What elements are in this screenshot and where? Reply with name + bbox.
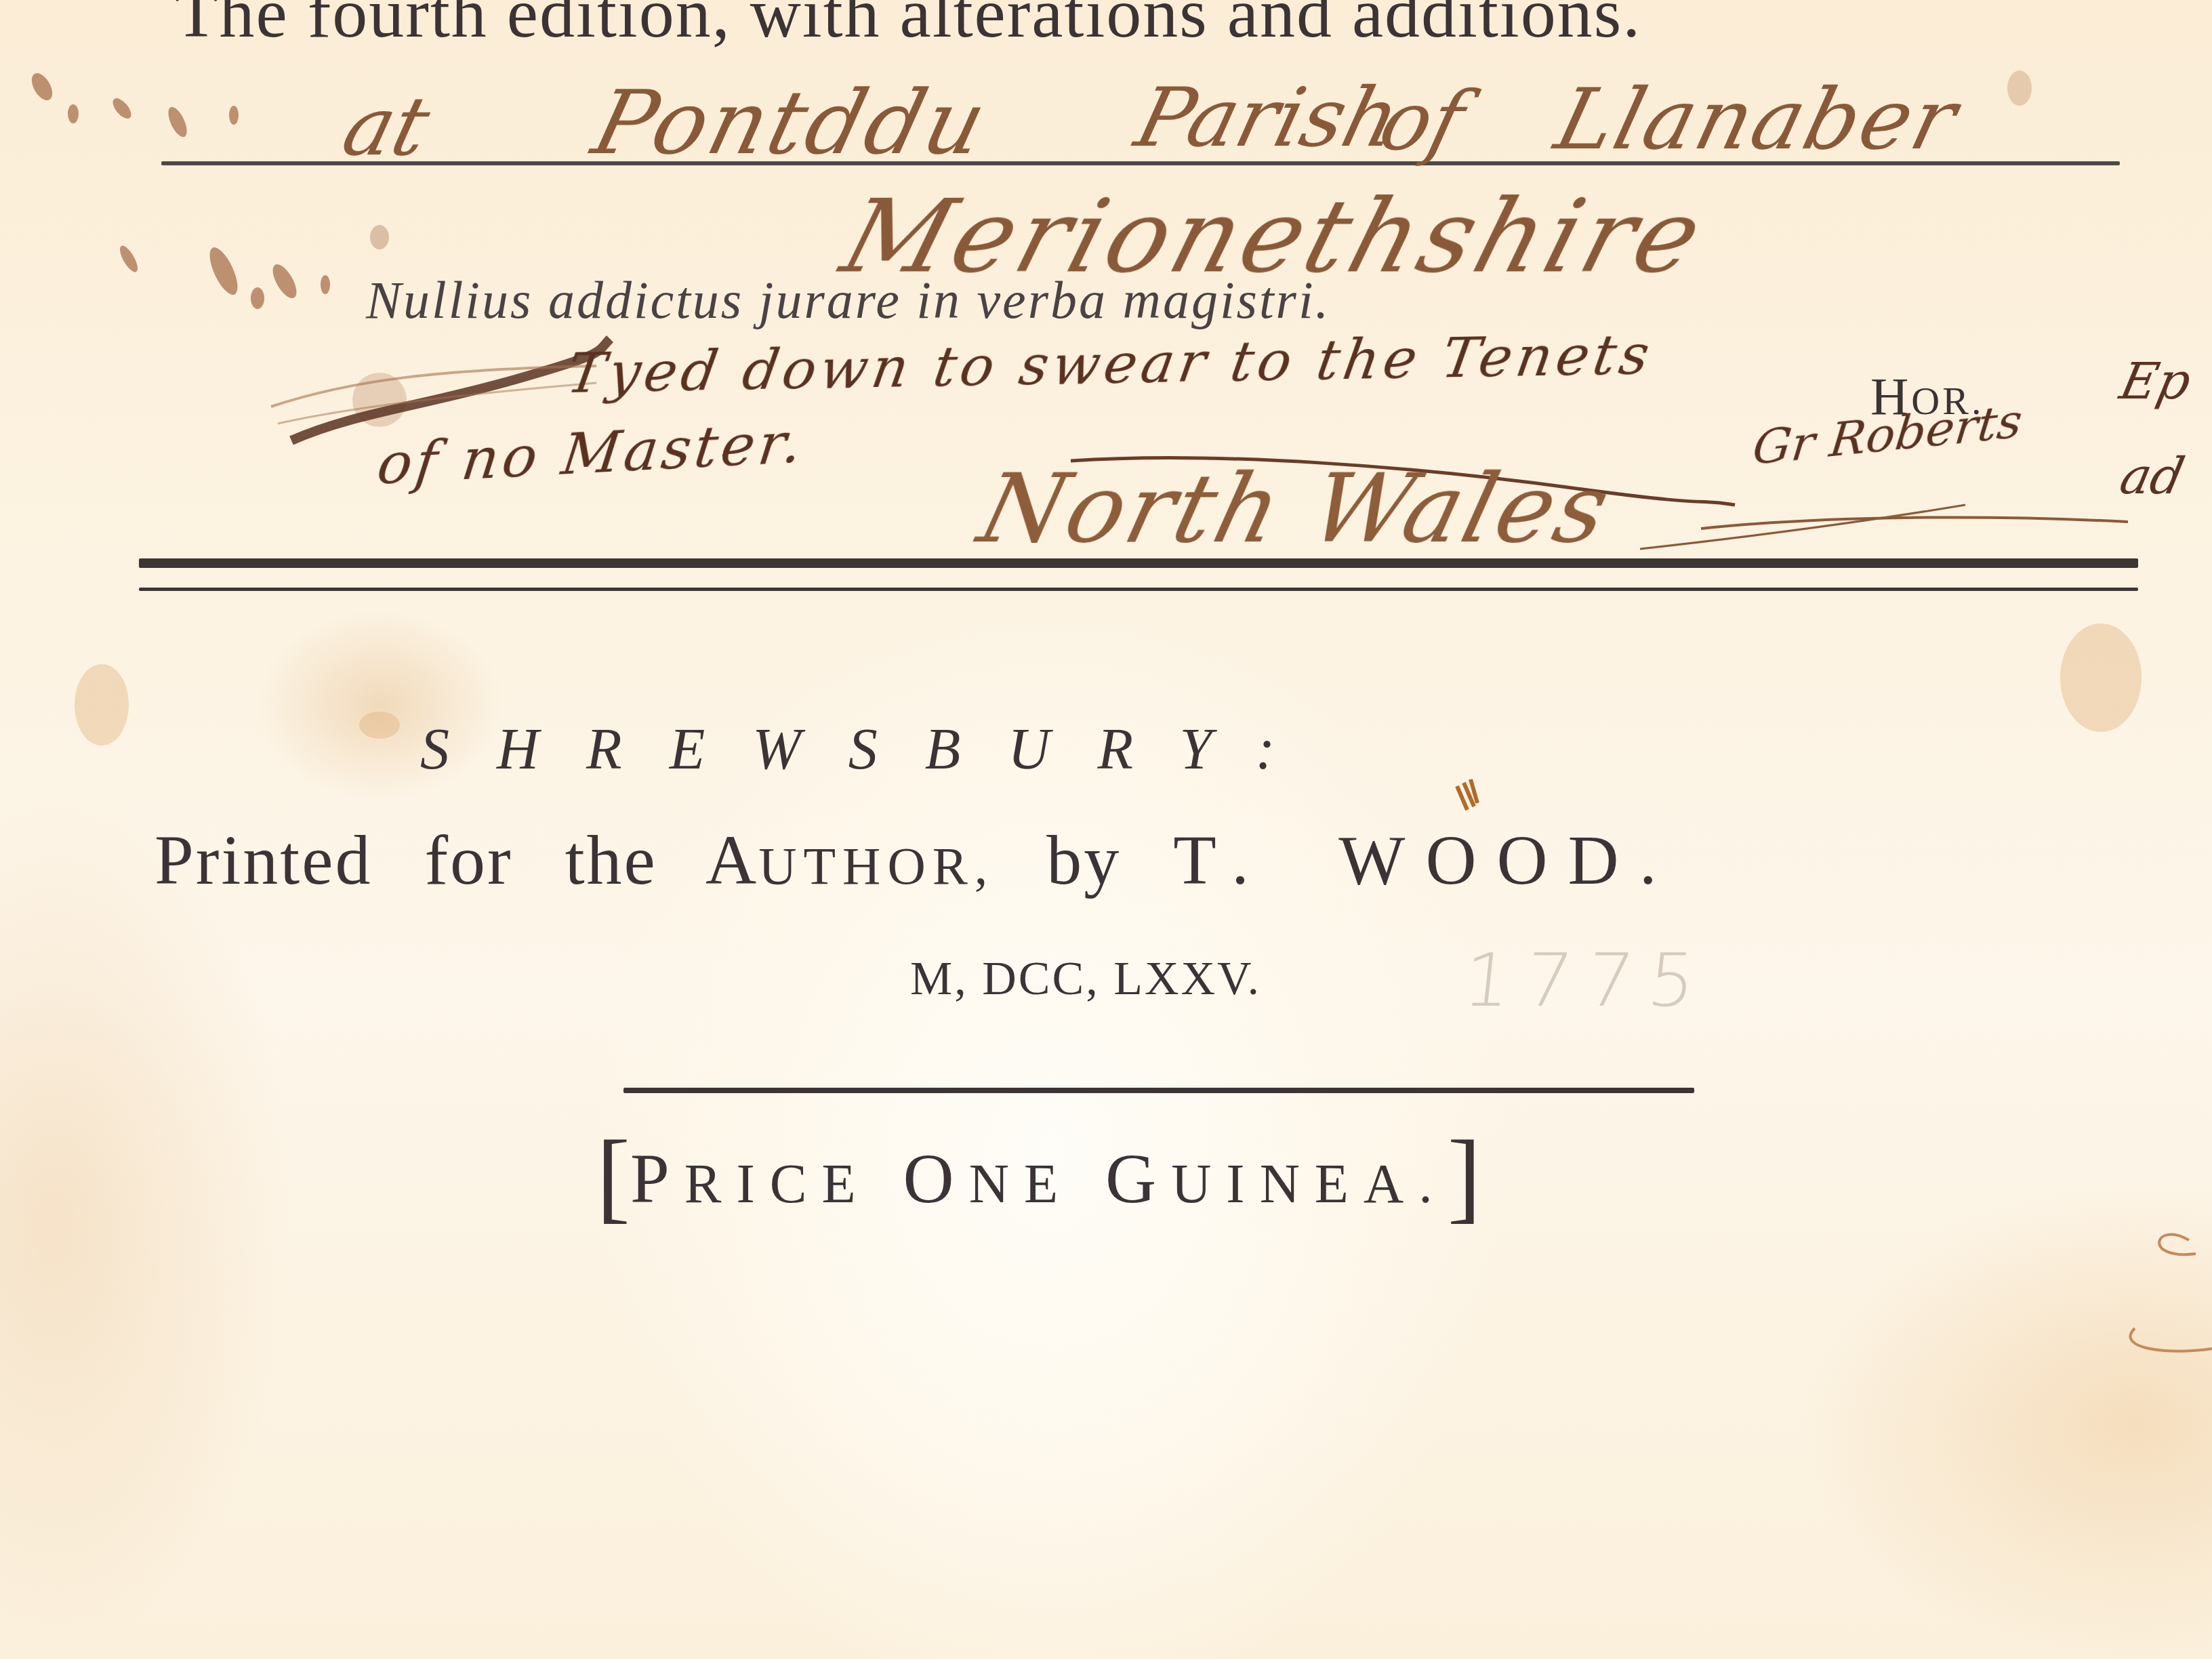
- double-rule-thin: [139, 588, 2138, 591]
- price-open-bracket: [: [596, 1120, 630, 1233]
- guinea-initial: G: [1105, 1140, 1171, 1218]
- handwritten-translation-line2: of no Master.: [373, 409, 808, 498]
- handwritten-county: Merionethshire: [830, 178, 1719, 295]
- price-initial: P: [630, 1140, 684, 1218]
- handwritten-at: at: [334, 80, 438, 174]
- handwritten-translation-line1: Tyed down to swear to the Tenets: [562, 323, 1658, 406]
- pencil-year: 1775: [1459, 939, 1714, 1023]
- imprint-by: by: [1046, 821, 1121, 899]
- guinea-word: UINEA.: [1171, 1153, 1448, 1214]
- imprint-author: AUTHOR,: [705, 821, 994, 899]
- imprint-line: Printed for the AUTHOR, by T. WOOD.: [155, 820, 1677, 901]
- imprint-place: SHREWSBURY:: [420, 715, 1322, 783]
- price-line: [PRICE ONE GUINEA.]: [596, 1118, 1481, 1235]
- handwritten-pontddu: Pontddu: [583, 71, 999, 174]
- handwritten-parish: Parish: [1127, 71, 1409, 165]
- margin-note-1: Ep: [2115, 352, 2196, 411]
- imprint-year: M, DCC, LXXV.: [910, 952, 1261, 1006]
- handwritten-region: North Wales: [969, 454, 1622, 565]
- handwritten-llanaber: Llanaber: [1547, 71, 1968, 169]
- margin-note-2: ad: [2115, 447, 2190, 506]
- price-word: RICE: [684, 1153, 871, 1214]
- one-initial: O: [903, 1140, 969, 1218]
- imprint-prefix: Printed for the: [155, 821, 657, 899]
- edition-line: The fourth edition, with alterations and…: [175, 0, 1641, 54]
- one-word: NE: [969, 1153, 1073, 1214]
- imprint-printer: T. WOOD.: [1173, 821, 1677, 899]
- author-initial: A: [705, 821, 758, 899]
- author-smallcaps: UTHOR,: [758, 836, 994, 895]
- rule-above-price: [623, 1088, 1694, 1093]
- price-close-bracket: ]: [1448, 1120, 1481, 1233]
